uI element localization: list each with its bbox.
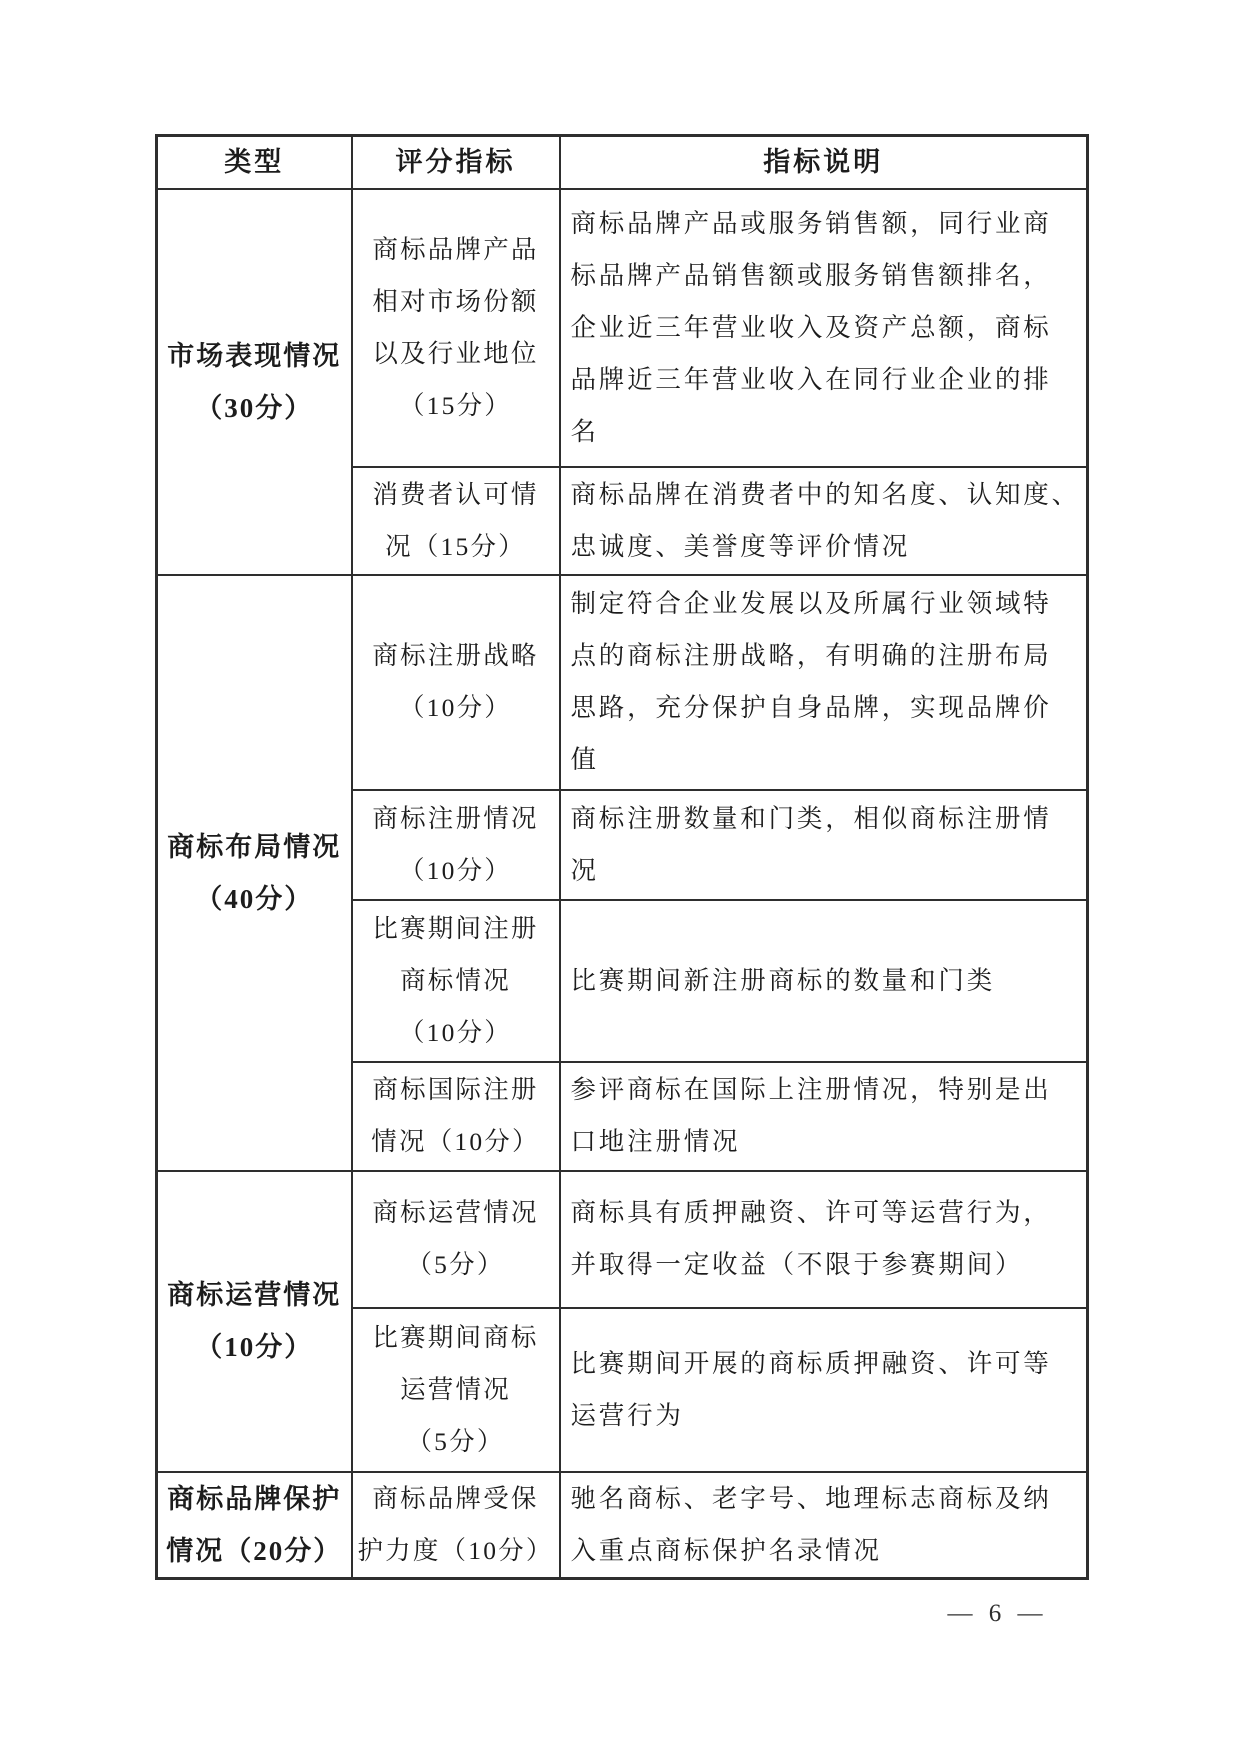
table-row: 商标运营情况 （10分） 商标运营情况 （5分） 商标具有质押融资、许可等运营行… (157, 1171, 1088, 1308)
table-row: 商标布局情况 （40分） 商标注册战略 （10分） 制定符合企业发展以及所属行业… (157, 575, 1088, 790)
table-header-row: 类型 评分指标 指标说明 (157, 136, 1088, 189)
description-cell: 比赛期间开展的商标质押融资、许可等 运营行为 (560, 1308, 1088, 1472)
description-cell: 商标注册数量和门类，相似商标注册情 况 (560, 790, 1088, 900)
scoring-criteria-table: 类型 评分指标 指标说明 市场表现情况 （30分） 商标品牌产品 相对市场份额 … (155, 134, 1089, 1580)
description-cell: 驰名商标、老字号、地理标志商标及纳 入重点商标保护名录情况 (560, 1472, 1088, 1579)
header-type: 类型 (157, 136, 352, 189)
description-cell: 商标具有质押融资、许可等运营行为， 并取得一定收益（不限于参赛期间） (560, 1171, 1088, 1308)
header-description: 指标说明 (560, 136, 1088, 189)
indicator-cell: 商标注册情况 （10分） (352, 790, 560, 900)
description-cell: 制定符合企业发展以及所属行业领域特 点的商标注册战略，有明确的注册布局 思路，充… (560, 575, 1088, 790)
header-indicator: 评分指标 (352, 136, 560, 189)
indicator-cell: 商标品牌受保 护力度（10分） (352, 1472, 560, 1579)
group-type-cell-market-performance: 市场表现情况 （30分） (157, 189, 352, 575)
indicator-cell: 商标注册战略 （10分） (352, 575, 560, 790)
indicator-cell: 商标运营情况 （5分） (352, 1171, 560, 1308)
indicator-cell: 比赛期间商标 运营情况 （5分） (352, 1308, 560, 1472)
group-type-cell-brand-protection: 商标品牌保护 情况（20分） (157, 1472, 352, 1579)
description-cell: 商标品牌产品或服务销售额，同行业商 标品牌产品销售额或服务销售额排名， 企业近三… (560, 189, 1088, 467)
group-type-cell-trademark-operation: 商标运营情况 （10分） (157, 1171, 352, 1472)
table-row: 市场表现情况 （30分） 商标品牌产品 相对市场份额 以及行业地位 （15分） … (157, 189, 1088, 467)
group-type-cell-trademark-layout: 商标布局情况 （40分） (157, 575, 352, 1171)
description-cell: 参评商标在国际上注册情况，特别是出 口地注册情况 (560, 1062, 1088, 1171)
indicator-cell: 消费者认可情 况（15分） (352, 467, 560, 575)
table-row: 商标品牌保护 情况（20分） 商标品牌受保 护力度（10分） 驰名商标、老字号、… (157, 1472, 1088, 1579)
indicator-cell: 商标品牌产品 相对市场份额 以及行业地位 （15分） (352, 189, 560, 467)
description-cell: 商标品牌在消费者中的知名度、认知度、 忠诚度、美誉度等评价情况 (560, 467, 1088, 575)
indicator-cell: 比赛期间注册 商标情况 （10分） (352, 900, 560, 1062)
description-cell: 比赛期间新注册商标的数量和门类 (560, 900, 1088, 1062)
page-number: — 6 — (925, 1596, 1065, 1632)
indicator-cell: 商标国际注册 情况（10分） (352, 1062, 560, 1171)
